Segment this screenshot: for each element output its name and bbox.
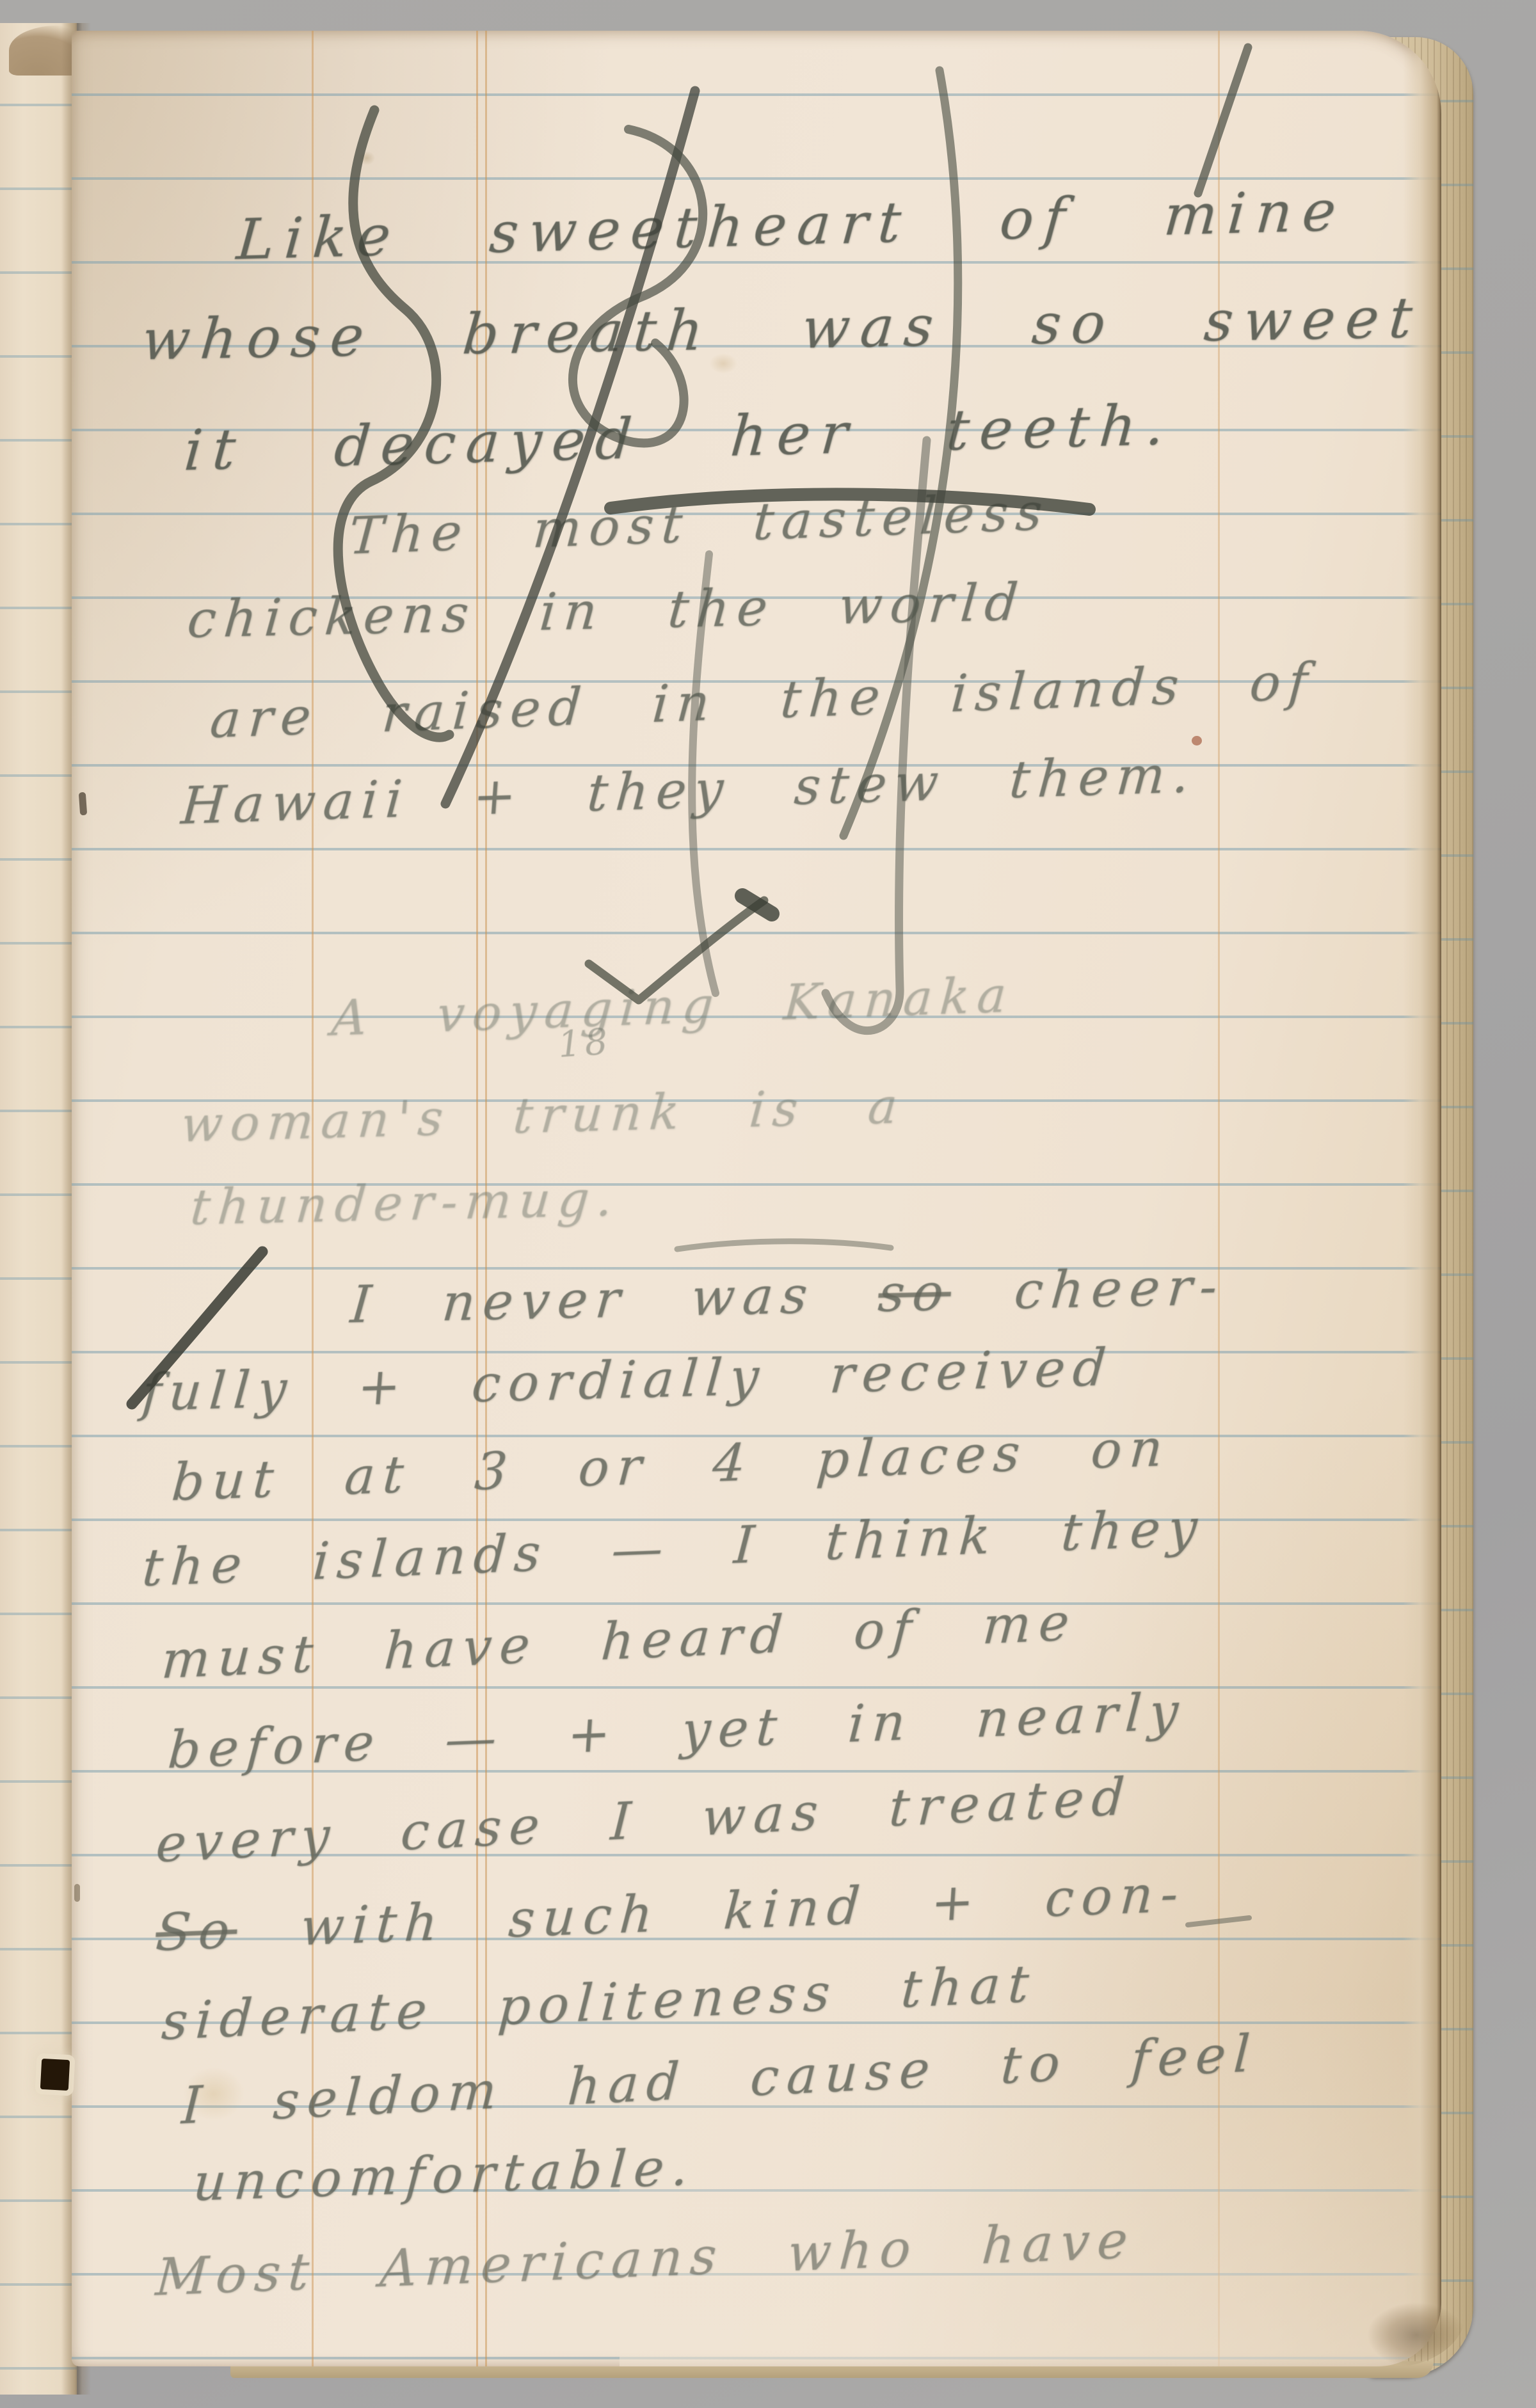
use-mark-diagonal: [445, 91, 695, 804]
use-mark-vertical-short: [692, 554, 716, 993]
scanned-notebook-photo: Like sweetheart of minewhose breath was …: [0, 0, 1536, 2408]
use-mark-slash-small: [1198, 47, 1248, 193]
pencil-marks-overlay: [0, 0, 1536, 2408]
use-mark-flourish-right: [844, 70, 958, 836]
that-overline-dash: [1188, 1918, 1249, 1925]
gutter-ink-mark: [74, 1884, 80, 1902]
entry-divider-stroke: [611, 494, 1089, 509]
binding-hole: [40, 2059, 70, 2091]
check-mark: [589, 900, 764, 1000]
use-mark-scrawl-s: [338, 110, 449, 737]
use-mark-vertical-long: [826, 440, 927, 1031]
entry-divider-stroke-light: [677, 1241, 891, 1249]
entry-use-slash: [132, 1252, 262, 1404]
